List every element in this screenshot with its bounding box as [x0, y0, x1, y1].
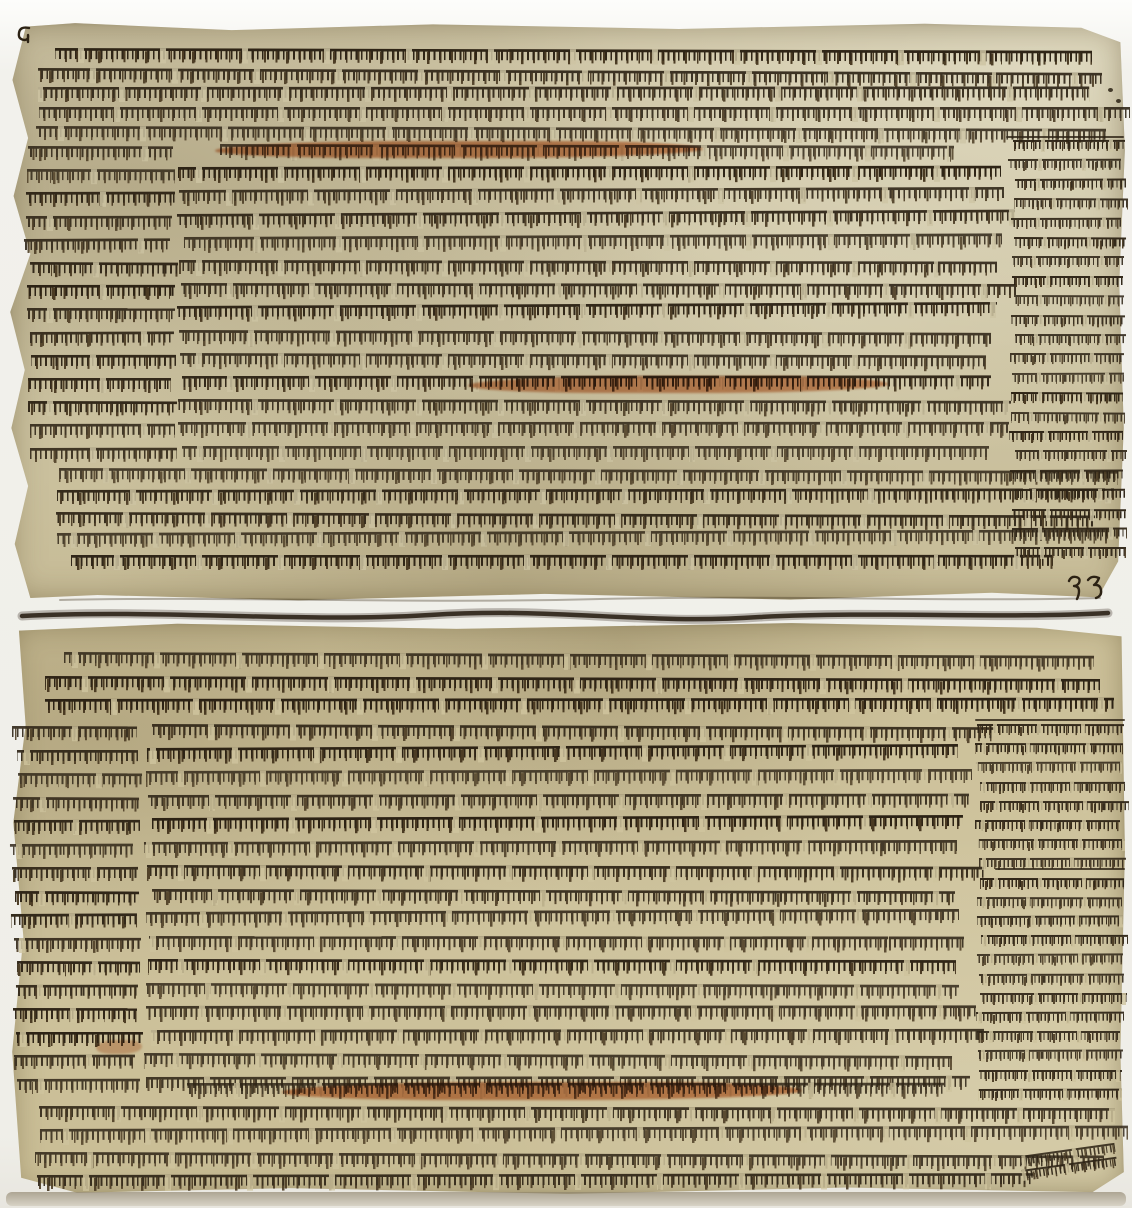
manuscript-text-line	[978, 1050, 1123, 1063]
margin-rule-line	[995, 868, 1125, 870]
manuscript-text-line	[980, 781, 1125, 793]
manuscript-text-line	[39, 107, 1130, 122]
manuscript-text-line	[1014, 295, 1124, 307]
manuscript-text-line	[178, 166, 1001, 183]
manuscript-text-line	[55, 48, 1092, 66]
manuscript-text-line	[16, 984, 138, 999]
manuscript-text-line	[30, 262, 178, 278]
manuscript-text-line	[1014, 198, 1128, 210]
manuscript-text-line	[179, 330, 991, 349]
manuscript-text-line	[15, 891, 139, 907]
manuscript-text-line	[148, 793, 969, 810]
manuscript-text-line	[1010, 353, 1124, 365]
manuscript-text-line	[1009, 431, 1123, 443]
manuscript-text-line	[144, 1053, 952, 1072]
ink-dot	[1116, 99, 1121, 103]
manuscript-text-line	[57, 488, 1114, 505]
manuscript-text-line	[146, 1005, 976, 1022]
manuscript-text-line	[40, 1126, 1128, 1145]
manuscript-text-line	[14, 1055, 135, 1070]
manuscript-text-line	[45, 676, 1100, 695]
manuscript-text-line	[152, 724, 994, 743]
manuscript-text-line	[17, 750, 138, 765]
manuscript-text-line	[978, 839, 1125, 851]
manuscript-text-line	[38, 86, 1090, 102]
manuscript-text-line	[147, 865, 984, 883]
manuscript-text-line	[977, 954, 1123, 967]
manuscript-text-line	[980, 878, 1124, 890]
manuscript-text-line	[980, 993, 1127, 1005]
manuscript-text-line	[151, 1028, 984, 1045]
manuscript-text-line	[180, 353, 986, 371]
manuscript-text-line	[1012, 509, 1126, 521]
manuscript-text-line	[24, 238, 170, 254]
manuscript-text-line	[977, 1031, 1120, 1043]
manuscript-text-line	[1011, 217, 1121, 229]
manuscript-text-line	[146, 983, 959, 1001]
manuscript-text-line	[977, 724, 1124, 736]
manuscript-text-line	[12, 726, 137, 741]
manuscript-text-line	[149, 936, 964, 953]
rubrication-highlight	[468, 376, 888, 393]
manuscript-text-line	[152, 889, 955, 907]
manuscript-text-line	[13, 1008, 137, 1023]
rubrication-highlight	[96, 1040, 142, 1054]
manuscript-text-line	[10, 843, 133, 858]
manuscript-text-line	[39, 1106, 1115, 1124]
manuscript-text-line	[26, 215, 172, 230]
corner-mark-glyph: ढ	[16, 24, 36, 46]
manuscript-text-line	[30, 331, 174, 347]
manuscript-text-line	[147, 744, 958, 764]
manuscript-text-line	[1010, 469, 1123, 482]
manuscript-text-line	[30, 447, 177, 462]
manuscript-text-line	[151, 815, 962, 834]
manuscript-text-line	[27, 285, 175, 300]
manuscript-text-line	[146, 909, 959, 928]
manuscript-text-line	[978, 1088, 1122, 1100]
manuscript-text-line	[59, 468, 1118, 486]
manuscript-text-line	[179, 260, 997, 278]
manuscript-text-line	[979, 1070, 1122, 1082]
rubrication-highlight	[215, 141, 703, 158]
manuscript-text-line	[28, 378, 171, 393]
manuscript-text-line	[975, 820, 1120, 832]
manuscript-text-line	[1012, 256, 1124, 268]
manuscript-text-line	[178, 422, 1009, 438]
manuscript-text-line	[14, 937, 141, 952]
manuscript-text-line	[1015, 489, 1125, 501]
manuscript-text-line	[1011, 392, 1123, 404]
manuscript-text-line	[979, 973, 1124, 985]
manuscript-text-line	[148, 959, 956, 976]
manuscript-text-line	[17, 1078, 140, 1093]
manuscript-text-line	[146, 769, 972, 787]
manuscript-text-line	[182, 446, 989, 462]
manuscript-text-line	[12, 867, 138, 882]
manuscript-text-line	[31, 355, 176, 370]
manuscript-text-line	[1015, 450, 1127, 462]
manuscript-text-line	[981, 935, 1128, 947]
manuscript-text-line	[27, 308, 175, 323]
manuscript-text-line	[71, 555, 1053, 570]
manuscript-text-line	[183, 233, 1001, 253]
manuscript-text-line	[178, 399, 1011, 417]
manuscript-text-line	[977, 897, 1122, 909]
margin-rule-line	[1006, 136, 1124, 138]
manuscript-text-line	[56, 512, 1095, 530]
manuscript-text-line	[26, 192, 175, 207]
manuscript-text-line	[1011, 315, 1125, 327]
manuscript-photo: ढ १५	[0, 0, 1132, 1208]
manuscript-text-line	[14, 820, 140, 835]
manuscript-text-line	[181, 283, 1017, 300]
manuscript-text-line	[1013, 140, 1125, 152]
manuscript-text-line	[975, 743, 1123, 755]
manuscript-text-line	[30, 424, 175, 439]
manuscript-text-line	[1008, 159, 1121, 171]
manuscript-text-line	[976, 762, 1122, 774]
manuscript-text-line	[18, 773, 142, 788]
leaf-bottom-edge-shadow	[6, 1192, 1126, 1206]
manuscript-text-line	[1011, 412, 1125, 425]
manuscript-text-line	[1015, 178, 1126, 190]
manuscript-text-line	[1012, 372, 1124, 384]
manuscript-text-line	[1015, 334, 1126, 346]
manuscript-text-line	[976, 1012, 1124, 1024]
folio-number: १५	[1064, 574, 1104, 602]
manuscript-text-line	[17, 961, 140, 977]
manuscript-text-line	[1012, 276, 1123, 288]
manuscript-text-line	[27, 169, 175, 184]
ink-dot	[1108, 88, 1113, 92]
margin-rule-line	[975, 719, 1125, 721]
manuscript-text-line	[1012, 528, 1127, 540]
manuscript-text-line	[980, 801, 1129, 813]
manuscript-text-line	[28, 401, 177, 416]
manuscript-text-line	[11, 913, 137, 929]
manuscript-text-line	[45, 698, 1114, 715]
manuscript-text-line	[1015, 547, 1126, 559]
manuscript-text-line	[37, 1173, 1033, 1191]
manuscript-text-line	[977, 915, 1123, 928]
manuscript-text-line	[28, 146, 173, 161]
manuscript-text-line	[144, 840, 957, 858]
rubrication-highlight	[282, 1082, 802, 1100]
manuscript-text-line	[13, 797, 139, 813]
manuscript-text-line	[1014, 237, 1126, 249]
